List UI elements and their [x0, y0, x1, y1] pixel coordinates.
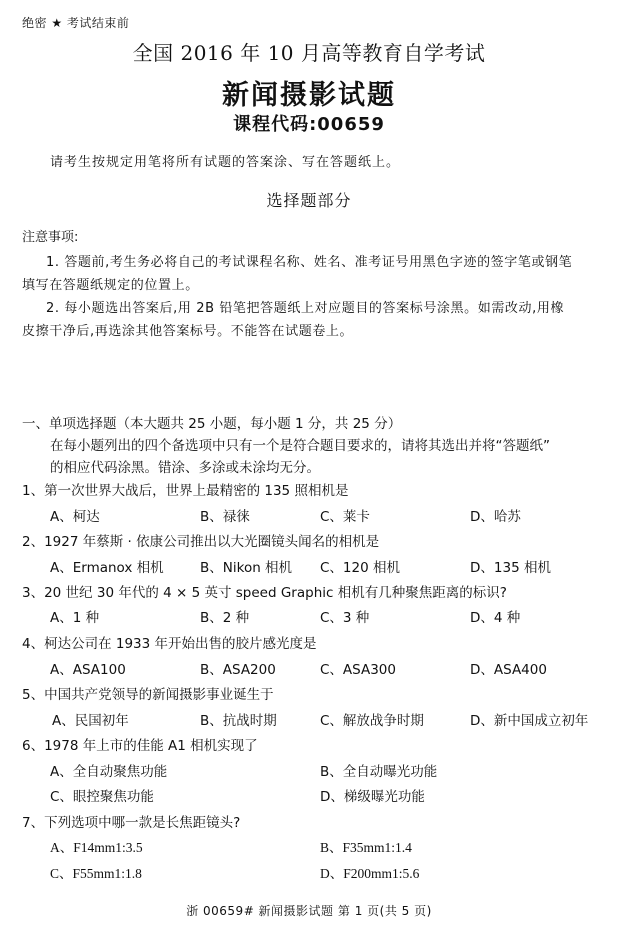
option-c: C、解放战争时期: [320, 709, 424, 729]
note-line: 1. 答题前,考生务必将自己的考试课程名称、姓名、准考证号用黑色字迹的签字笔或钢…: [46, 251, 572, 270]
option-b: B、Nikon 相机: [200, 556, 292, 576]
option-d: D、F200mm1:5.6: [320, 862, 419, 882]
option-a: A、Ermanox 相机: [50, 556, 164, 576]
paper-title: 新闻摄影试题: [0, 73, 618, 112]
option-d: D、ASA400: [470, 658, 547, 678]
option-d: D、新中国成立初年: [470, 709, 588, 729]
exam-title: 全国 2016 年 10 月高等教育自学考试: [0, 37, 618, 66]
option-a: A、全自动聚焦功能: [50, 760, 167, 780]
option-d: D、哈苏: [470, 505, 521, 525]
answer-instruction: 请考生按规定用笔将所有试题的答案涂、写在答题纸上。: [50, 151, 400, 170]
part-heading: 一、单项选择题（本大题共 25 小题，每小题 1 分，共 25 分）: [22, 412, 401, 432]
notes-heading: 注意事项:: [22, 226, 78, 245]
option-d: D、梯级曝光功能: [320, 785, 425, 805]
part-description: 的相应代码涂黑。错涂、多涂或未涂均无分。: [50, 456, 320, 476]
option-d: D、135 相机: [470, 556, 551, 576]
part-description: 在每小题列出的四个备选项中只有一个是符合题目要求的，请将其选出并将“答题纸”: [50, 434, 550, 454]
option-c: C、眼控聚焦功能: [50, 785, 154, 805]
note-line: 2. 每小题选出答案后,用 2B 铅笔把答题纸上对应题目的答案标号涂黑。如需改动…: [46, 297, 564, 316]
note-line: 皮擦干净后,再选涂其他答案标号。不能答在试题卷上。: [22, 320, 353, 339]
option-a: A、1 种: [50, 606, 99, 626]
question-stem: 1、第一次世界大战后，世界上最精密的 135 照相机是: [22, 479, 348, 499]
question-stem: 5、中国共产党领导的新闻摄影事业诞生于: [22, 683, 274, 703]
option-b: B、抗战时期: [200, 709, 277, 729]
option-a: A、F14mm1:3.5: [50, 836, 143, 856]
option-b: B、禄徕: [200, 505, 250, 525]
option-c: C、莱卡: [320, 505, 370, 525]
option-b: B、全自动曝光功能: [320, 760, 437, 780]
page-footer: 浙 00659# 新闻摄影试题 第 1 页(共 5 页): [0, 902, 618, 919]
option-c: C、3 种: [320, 606, 369, 626]
option-b: B、ASA200: [200, 658, 276, 678]
note-line: 填写在答题纸规定的位置上。: [22, 274, 199, 293]
option-d: D、4 种: [470, 606, 520, 626]
section-title: 选择题部分: [0, 188, 618, 211]
option-a: A、民国初年: [52, 709, 129, 729]
question-stem: 7、下列选项中哪一款是长焦距镜头?: [22, 811, 240, 831]
option-c: C、F55mm1:1.8: [50, 862, 142, 882]
option-c: C、ASA300: [320, 658, 396, 678]
option-b: B、F35mm1:1.4: [320, 836, 412, 856]
confidential-mark: 绝密 ★ 考试结束前: [22, 14, 129, 31]
course-code: 课程代码:00659: [0, 110, 618, 136]
option-a: A、ASA100: [50, 658, 126, 678]
option-c: C、120 相机: [320, 556, 400, 576]
question-stem: 2、1927 年蔡斯 · 依康公司推出以大光圈镜头闻名的相机是: [22, 530, 379, 550]
option-a: A、柯达: [50, 505, 100, 525]
question-stem: 4、柯达公司在 1933 年开始出售的胶片感光度是: [22, 632, 317, 652]
option-b: B、2 种: [200, 606, 249, 626]
question-stem: 6、1978 年上市的佳能 A1 相机实现了: [22, 734, 258, 754]
question-stem: 3、20 世纪 30 年代的 4 × 5 英寸 speed Graphic 相机…: [22, 581, 507, 601]
